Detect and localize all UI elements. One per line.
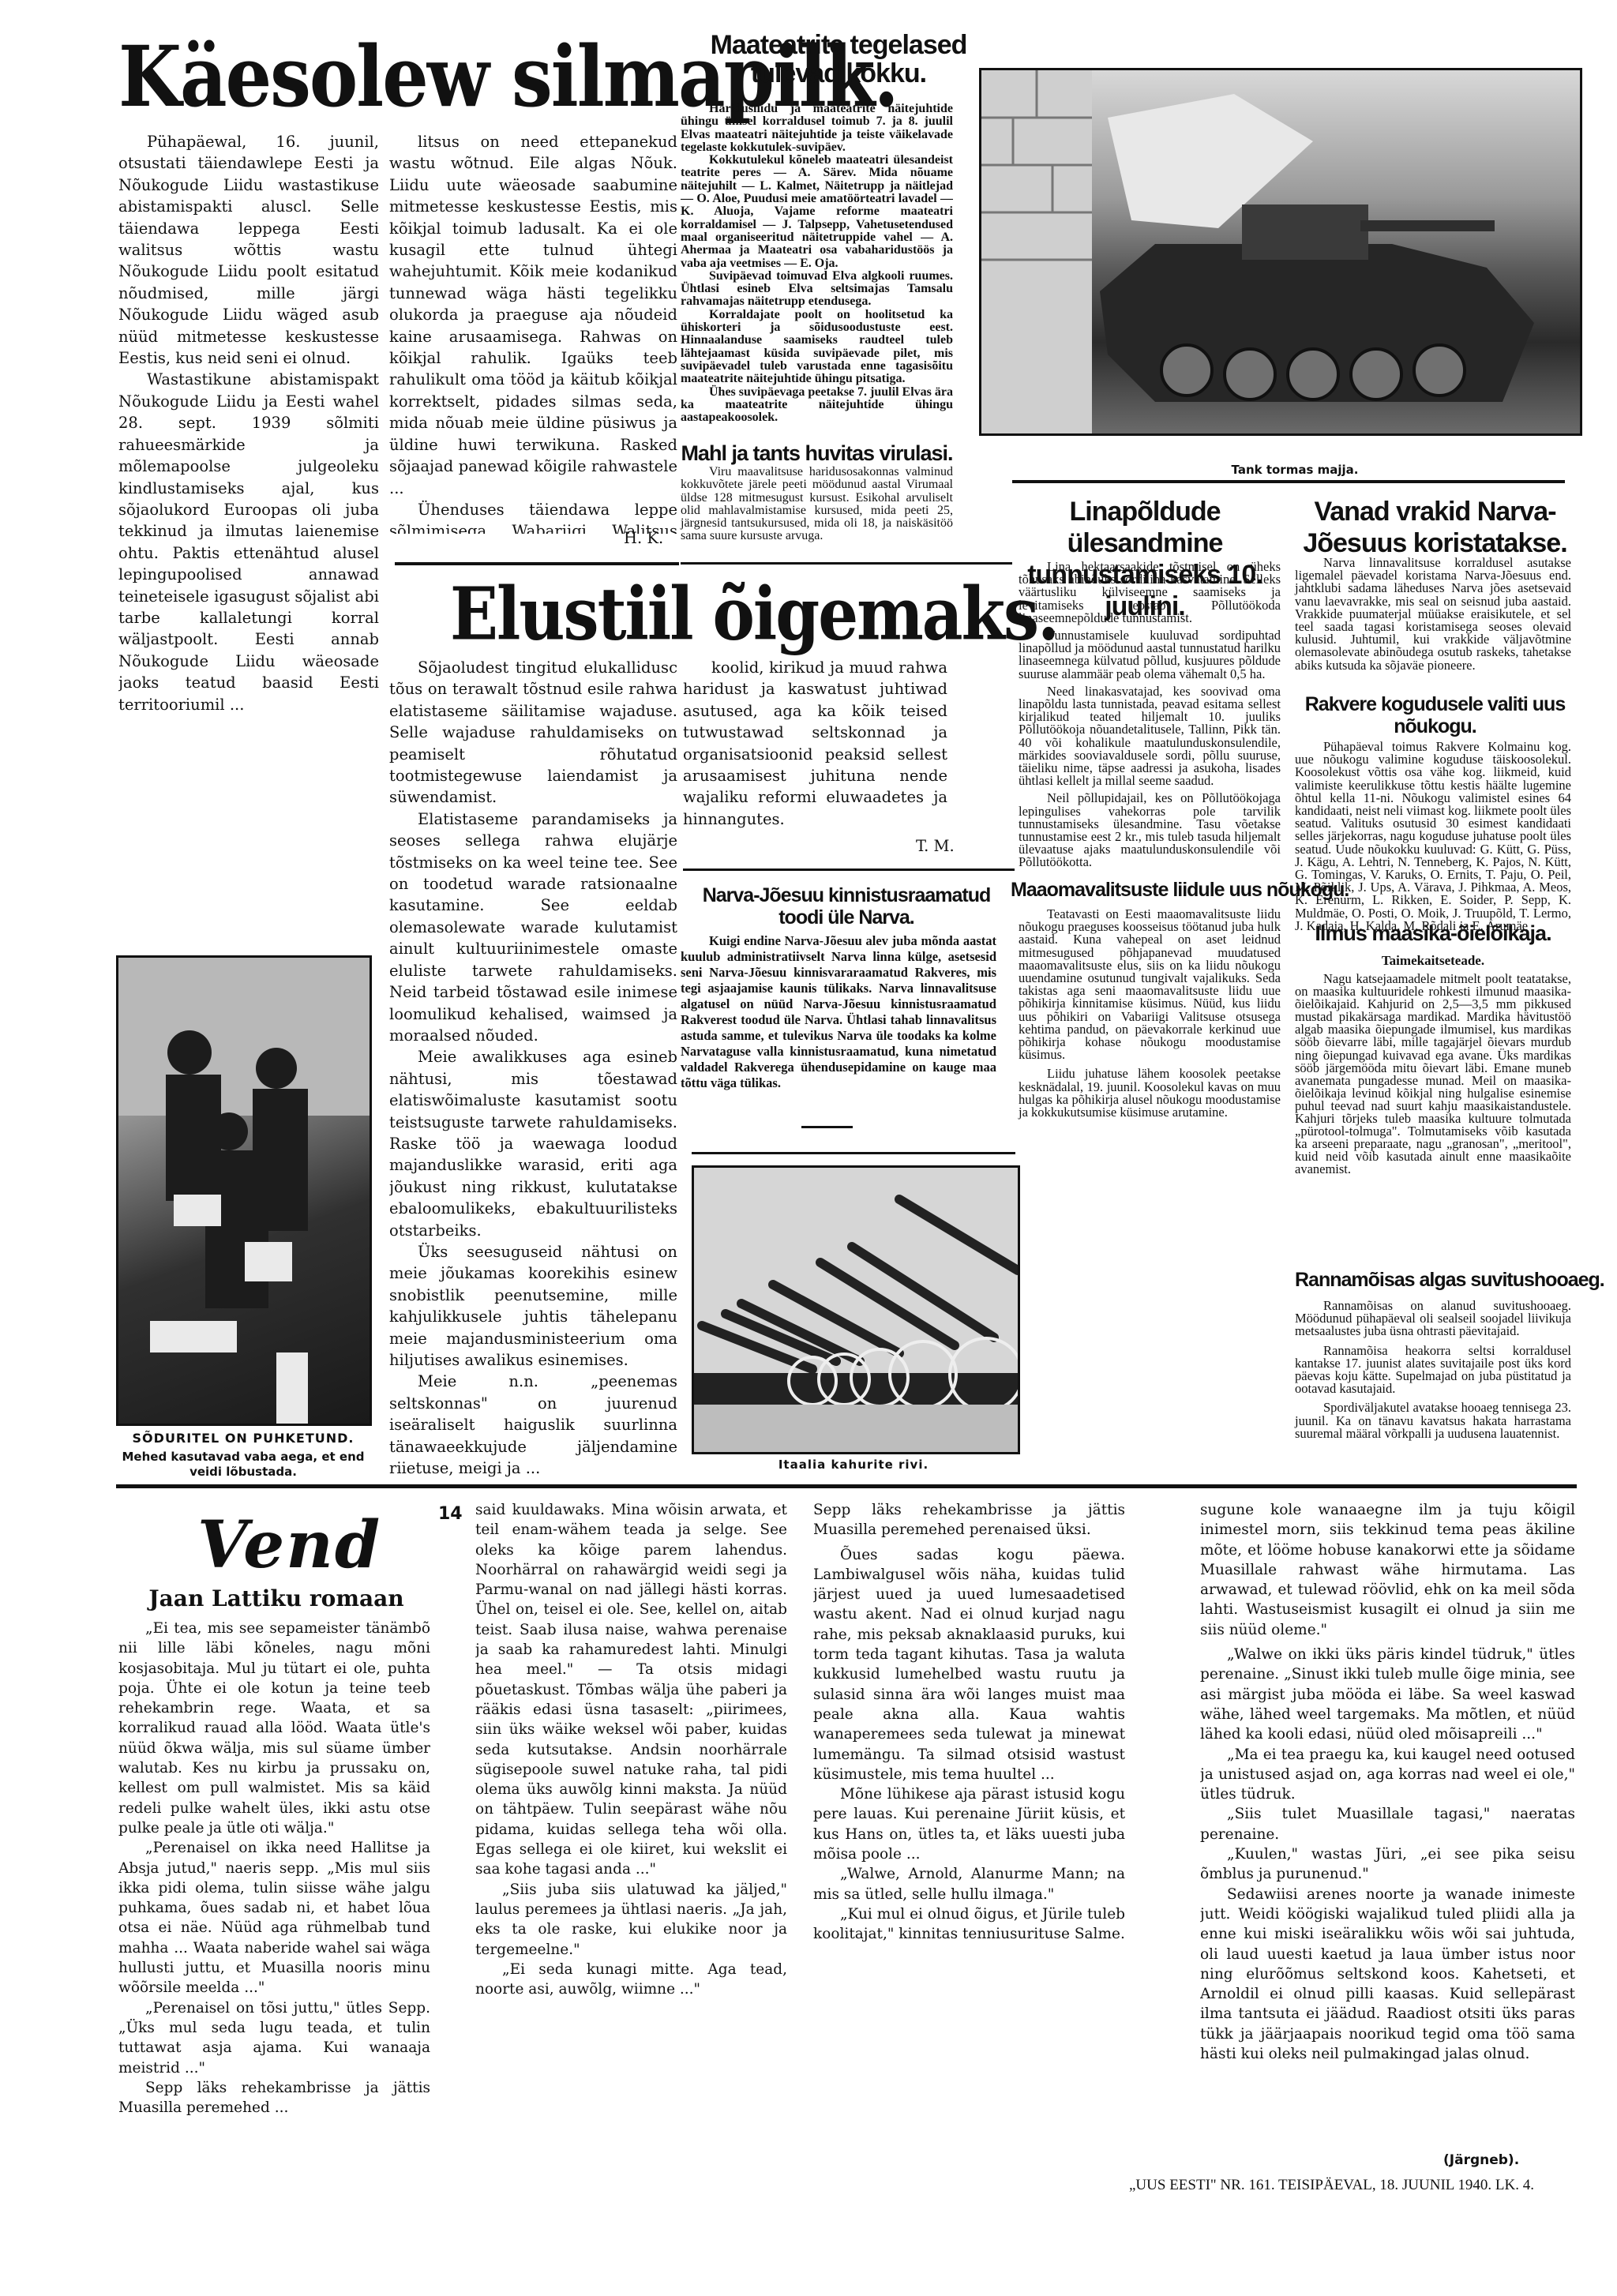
paragraph: Kokkutulekul kõneleb maateatri ülesandei… xyxy=(681,154,953,270)
article-elustiil-col1: Sõjaoludest tingitud elukallidusc tõus o… xyxy=(389,657,677,1478)
headline-elustiil-oigemaks: Elustiil õigemaks. xyxy=(450,570,987,657)
paragraph: Ühes suvipäevaga peetakse 7. juulil Elva… xyxy=(681,386,953,425)
paragraph: Spordiväljakutel avatakse hooaeg tennise… xyxy=(1295,1401,1571,1440)
paragraph: Kuigi endine Narva-Jõesuu alev juba mõnd… xyxy=(681,933,996,1091)
paragraph: „Siis tulet Muasillale tagasi," naeratas… xyxy=(1200,1804,1575,1844)
paragraph: Wastastikune abistamispakt Nõukogude Lii… xyxy=(118,369,379,715)
paragraph: „Kui mul ei olnud õigus, et Jürile tuleb… xyxy=(813,1904,1125,1945)
serial-col3: Sepp läks rehekambrisse ja jättis Muasil… xyxy=(813,1500,1125,2258)
article-kaesolew-col1: Pühapäewal, 16. juunil, otsustati täiend… xyxy=(118,131,379,929)
soldiers-image-icon xyxy=(118,958,370,1424)
serial-col2: said kuuldawaks. Mina wõisin arwata, et … xyxy=(475,1500,787,2258)
headline-maateatrite: Maateatrite tegelased tulevad kokku. xyxy=(681,32,996,88)
paragraph: Mõne lühikese aja pärast istusid kogu pe… xyxy=(813,1784,1125,1864)
paragraph: „Walwe, Arnold, Alanurme Mann; na mis sa… xyxy=(813,1864,1125,1904)
caption-tank: Tank tormas majja. xyxy=(1019,463,1571,477)
photo-soldiers xyxy=(116,955,372,1426)
divider xyxy=(1012,480,1565,483)
paragraph: Üks seesuguseid nähtusi on meie jõukamas… xyxy=(389,1241,677,1371)
article-rannamoisas-body: Rannamõisas on alanud suvitushooaeg. Möö… xyxy=(1295,1300,1571,1440)
article-rakvere-body: Pühapäeval toimus Rakvere Kolmainu kog. … xyxy=(1295,741,1571,932)
paragraph: Rahwa waimuterwise, moraalse kindluse ja… xyxy=(683,830,947,831)
headline-vanad-vrakid: Vanad vrakid Narva-Jõesuus koristatakse. xyxy=(1295,496,1575,559)
paragraph: Liidu juhatuse lähem koosolek peetakse k… xyxy=(1019,1067,1281,1119)
serial-subtitle: Jaan Lattiku romaan xyxy=(118,1585,434,1611)
serial-col4: sugune kole wanaaegne ilm ja tuju kõigil… xyxy=(1200,1500,1575,2080)
paragraph: said kuuldawaks. Mina wõisin arwata, et … xyxy=(475,1500,787,1880)
article-elustiil-col2: koolid, kirikud ja muud rahwa haridust j… xyxy=(683,657,947,831)
subheadline-taimekaitseteade: Taimekaitseteade. xyxy=(1295,952,1571,970)
serial-continued: (Järgneb). xyxy=(1443,2152,1519,2168)
paragraph: Meie awalikkuses aga esineb nähtusi, mis… xyxy=(389,1046,677,1241)
headline-mahl-ja-tants: Mahl ja tants huvitas virulasi. xyxy=(681,442,953,464)
serial-title: Vend xyxy=(197,1510,381,1581)
signature: T. M. xyxy=(916,835,955,857)
paragraph: Haridusliidu ja maateatrite näitejuhtide… xyxy=(681,103,953,154)
headline-kaesolew-silmapilk: Käesolew silmapilk. xyxy=(118,27,703,127)
footer: „UUS EESTI" NR. 161. TEISIPÄEVAL, 18. JU… xyxy=(1129,2177,1534,2194)
paragraph: Suvipäevad toimuvad Elva algkooli ruumes… xyxy=(681,270,953,309)
paragraph: Narva linnavalitsuse korraldusel asutaks… xyxy=(1295,557,1571,672)
serial-number: 14 xyxy=(438,1504,463,1524)
divider xyxy=(683,869,1015,871)
paragraph: koolid, kirikud ja muud rahwa haridust j… xyxy=(683,657,947,830)
paragraph: Rannamõisas on alanud suvitushooaeg. Möö… xyxy=(1295,1300,1571,1338)
headline-maasika-oielokaja: Ilmus maasika-õielõikaja. xyxy=(1295,922,1571,944)
footer-publication: „UUS EESTI" xyxy=(1129,2177,1217,2193)
article-kaesolew-col2: litsus on need ettepanekud wastu wõtnud.… xyxy=(389,131,677,534)
article-narva-joesuu-body: Kuigi endine Narva-Jõesuu alev juba mõnd… xyxy=(681,933,996,1091)
serial-col1: „Ei tea, mis see sepameister tänämbõ nii… xyxy=(118,1619,430,2258)
divider xyxy=(395,562,679,565)
tank-image-icon xyxy=(981,70,1580,433)
paragraph: Nagu katsejaamadele mitmelt poolt teatat… xyxy=(1295,973,1571,1176)
paragraph: Sepp läks rehekambrisse ja jättis Muasil… xyxy=(813,1500,1125,1540)
paragraph: Pühapäeval toimus Rakvere Kolmainu kog. … xyxy=(1295,741,1571,932)
footer-issue: NR. 161. TEISIPÄEVAL, 18. JUUNIL 1940. L… xyxy=(1220,2177,1534,2193)
article-vanad-vrakid-body: Narva linnavalitsuse korraldusel asutaks… xyxy=(1295,557,1571,672)
article-maateatrite-body: Haridusliidu ja maateatrite näitejuhtide… xyxy=(681,103,953,442)
paragraph: Pühapäewal, 16. juunil, otsustati täiend… xyxy=(118,131,379,369)
headline-rakvere: Rakvere kogudusele valiti uus nõukogu. xyxy=(1295,693,1575,737)
cannons-image-icon xyxy=(694,1168,1018,1452)
headline-narva-joesuu: Narva-Jõesuu kinnistusraamatud toodi üle… xyxy=(681,884,1012,929)
paragraph: Need linakasvatajad, kes soovivad oma li… xyxy=(1019,685,1281,788)
signature: H. K. xyxy=(624,527,663,549)
paragraph: Rannamõisa heakorra seltsi korraldusel k… xyxy=(1295,1345,1571,1396)
paragraph: „Perenaisel on tõsi juttu," ütles Sepp. … xyxy=(118,1998,430,2078)
paragraph: „Siis juba siis ulatuwad ka jäljed," lau… xyxy=(475,1880,787,1960)
divider xyxy=(692,1152,1015,1154)
headline-maaomavalitsuste: Maaomavalitsuste liidule uus nõukogu. xyxy=(1011,880,1283,900)
paragraph: „Kuulen," wastas Jüri, „ei see pika seis… xyxy=(1200,1844,1575,1885)
paragraph: sugune kole wanaaegne ilm ja tuju kõigil… xyxy=(1200,1500,1575,1640)
paragraph: „Walwe on ikki üks päris kindel tüdruk,"… xyxy=(1200,1645,1575,1744)
paragraph: Teatavasti on Eesti maaomavalitsuste lii… xyxy=(1019,908,1281,1061)
paragraph: Meie n.n. „peenemas seltskonnas" on juur… xyxy=(389,1371,677,1478)
caption-soldiers-text: Mehed kasutavad vaba aega, et end veidi … xyxy=(116,1450,370,1480)
caption-soldiers-title: SÕDURITEL ON PUHKETUND. xyxy=(116,1431,370,1446)
paragraph: „Ei seda kunagi mitte. Aga tead, noorte … xyxy=(475,1960,787,2000)
paragraph: „Ma ei tea praegu ka, kui kaugel need oo… xyxy=(1200,1745,1575,1805)
article-maasika-body: Nagu katsejaamadele mitmelt poolt teatat… xyxy=(1295,973,1571,1176)
article-mahl-body: Viru maavalitsuse haridusosakonnas valmi… xyxy=(681,466,953,543)
paragraph: Korraldajate poolt on hoolitsetud ka ühi… xyxy=(681,309,953,386)
paragraph: Sepp läks rehekambrisse ja jättis Muasil… xyxy=(118,2078,430,2118)
paragraph: Elatistaseme parandamiseks ja seoses sel… xyxy=(389,808,677,1046)
paragraph: „Ei tea, mis see sepameister tänämbõ nii… xyxy=(118,1619,430,1838)
photo-cannons xyxy=(692,1165,1020,1454)
article-maaomavalitsuste-body: Teatavasti on Eesti maaomavalitsuste lii… xyxy=(1019,908,1281,1119)
paragraph: Sõjaoludest tingitud elukallidusc tõus o… xyxy=(389,657,677,808)
divider xyxy=(801,1126,853,1128)
divider xyxy=(681,562,1012,565)
paragraph: Sedawiisi arenes noorte ja wanade inimes… xyxy=(1200,1885,1575,2065)
paragraph: Õues sadas kogu päewa. Lambiwalgusel wõi… xyxy=(813,1545,1125,1785)
paragraph: litsus on need ettepanekud wastu wõtnud.… xyxy=(389,131,677,499)
paragraph: Viru maavalitsuse haridusosakonnas valmi… xyxy=(681,466,953,543)
divider xyxy=(116,1484,1577,1488)
photo-tank xyxy=(979,68,1582,436)
paragraph: Neil põllupidajail, kes on Põllutöökojag… xyxy=(1019,792,1281,869)
paragraph: „Perenaisel on ikka need Hallitse ja Abs… xyxy=(118,1838,430,1998)
caption-cannons: Itaalia kahurite rivi. xyxy=(692,1458,1015,1472)
headline-rannamoisas: Rannamõisas algas suvitushooaeg. xyxy=(1295,1270,1571,1290)
